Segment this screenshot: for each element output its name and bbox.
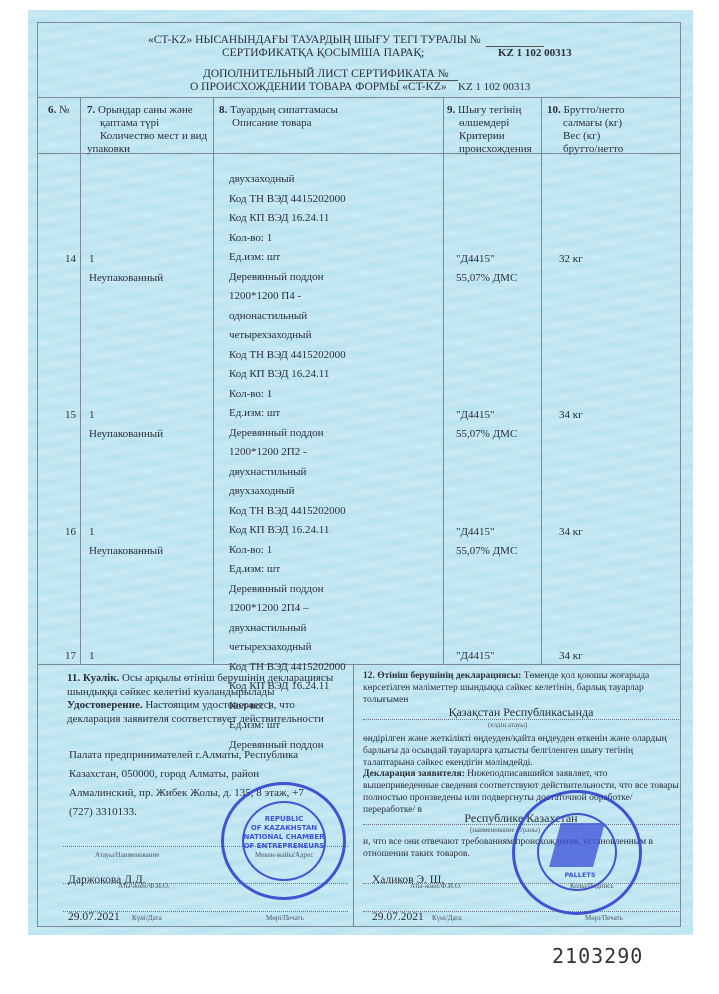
certificate-number-kz: KZ 1 102 00313 <box>498 47 572 60</box>
table-top-border <box>38 97 680 98</box>
row-packaging: Неупакованный <box>89 269 163 288</box>
row-number: 17 <box>44 650 76 662</box>
description-line: двухнастильный <box>229 619 434 639</box>
description-line: Кол-во: 1 <box>229 541 434 561</box>
stamp-text: REPUBLIC OF KAZAKHSTAN NATIONAL CHAMBER … <box>234 815 334 851</box>
description-line: Ед.изм: шт <box>229 248 434 268</box>
column-header-7: 7. Орындар саны және қаптама түрі Количе… <box>87 104 207 156</box>
description-line: Код ТН ВЭД 4415202000 <box>229 346 434 366</box>
column-header-6: 6. № <box>48 104 70 117</box>
column-header-10: 10. Брутто/нетто салмағы (кг) Вес (кг) б… <box>547 104 624 156</box>
description-line: 1200*1200 2П4 – <box>229 599 434 619</box>
row-number: 14 <box>44 253 76 265</box>
description-line: четырехзаходный <box>229 638 434 658</box>
description-line: Код КП ВЭД 16.24.11 <box>229 521 434 541</box>
description-line: Код ТН ВЭД 4415202000 <box>229 502 434 522</box>
header-line-2: СЕРТИФИКАТҚА ҚОСЫМША ПАРАҚ; <box>222 47 424 60</box>
label-date: Күні/Дата <box>432 914 462 922</box>
label-seal: Мөрі/Печать <box>266 914 304 922</box>
row-weight: 34 кг <box>559 409 583 421</box>
row-weight: 32 кг <box>559 253 583 265</box>
label-seal: Мөрі/Печать <box>585 914 623 922</box>
description-line: однонастильный <box>229 307 434 327</box>
label-country-kz: (елдің атауы) <box>488 721 527 729</box>
description-line: 1200*1200 2П2 - <box>229 443 434 463</box>
row-quantity: 1 <box>89 406 95 425</box>
column-divider <box>213 97 214 664</box>
column-header-9: 9. Шығу тегінің өлшемдері Критерии проис… <box>447 104 532 156</box>
description-line: Кол-во: 1 <box>229 385 434 405</box>
section-12-declaration: 12. Өтініш берушінің декларациясы: Төмен… <box>363 670 681 706</box>
row-quantity: 1 <box>89 647 95 666</box>
description-line: Деревянный поддон <box>229 580 434 600</box>
header-line-4: О ПРОИСХОЖДЕНИИ ТОВАРА ФОРМЫ «CT-KZ» <box>190 81 447 94</box>
row-packaging: Неупакованный <box>89 542 163 561</box>
certificate-header: «CT-KZ» НЫСАНЫНДАҒЫ ТАУАРДЫҢ ШЫҒУ ТЕГІ Т… <box>38 28 680 96</box>
row-criterion: "Д4415" <box>456 523 494 542</box>
row-percent: 55,07% ДМС <box>456 542 517 561</box>
row-quantity: 1 <box>89 250 95 269</box>
row-quantity: 1 <box>89 523 95 542</box>
company-seal-stamp: PALLETS <box>512 790 642 915</box>
header-line-1: «CT-KZ» НЫСАНЫНДАҒЫ ТАУАРДЫҢ ШЫҒУ ТЕГІ Т… <box>148 34 481 47</box>
column-divider <box>443 97 444 664</box>
row-number: 15 <box>44 409 76 421</box>
description-line: Код ТН ВЭД 4415202000 <box>229 190 434 210</box>
declaration-text: өндірілген және жеткілікті өңдеуден/қайт… <box>363 734 683 817</box>
dotted-line <box>363 719 679 720</box>
stamp-text: PALLETS <box>545 871 615 879</box>
goods-description: двухзаходныйКод ТН ВЭД 4415202000Код КП … <box>229 170 434 755</box>
description-line: 1200*1200 П4 - <box>229 287 434 307</box>
column-header-8: 8. Тауардың сипаттамасы Описание товара <box>219 104 338 130</box>
country-kz: Қазақстан Республикасында <box>363 705 679 720</box>
label-date: Күні/Дата <box>132 914 162 922</box>
column-divider <box>541 97 542 664</box>
row-weight: 34 кг <box>559 526 583 538</box>
description-line: Код КП ВЭД 16.24.11 <box>229 365 434 385</box>
label-fio: Аты-жөні/Ф.И.О. <box>410 882 462 890</box>
date-12: 29.07.2021 <box>372 911 424 923</box>
row-criterion: "Д4415" <box>456 647 494 666</box>
description-line: Деревянный поддон <box>229 424 434 444</box>
column-divider <box>80 97 81 664</box>
label-fio: Аты-жөні/Ф.И.О. <box>118 882 170 890</box>
row-criterion: "Д4415" <box>456 406 494 425</box>
date-11: 29.07.2021 <box>68 911 120 923</box>
description-line: четырехзаходный <box>229 326 434 346</box>
description-line: Код КП ВЭД 16.24.11 <box>229 209 434 229</box>
row-criterion: "Д4415" <box>456 250 494 269</box>
description-line: двухнастильный <box>229 463 434 483</box>
row-weight: 34 кг <box>559 650 583 662</box>
description-line: Кол-во: 1 <box>229 229 434 249</box>
description-line: двухзаходный <box>229 170 434 190</box>
description-line: Деревянный поддон <box>229 268 434 288</box>
serial-number: 2103290 <box>552 944 643 968</box>
description-line: Ед.изм: шт <box>229 404 434 424</box>
row-number: 16 <box>44 526 76 538</box>
certificate-number-ru: KZ 1 102 00313 <box>458 81 530 94</box>
row-percent: 55,07% ДМС <box>456 269 517 288</box>
row-percent: 55,07% ДМС <box>456 425 517 444</box>
chamber-seal-stamp: REPUBLIC OF KAZAKHSTAN NATIONAL CHAMBER … <box>221 782 346 900</box>
section-11-certification: 11. Куәлік. Осы арқылы өтініш берушінің … <box>67 672 347 726</box>
description-line: Ед.изм: шт <box>229 560 434 580</box>
description-line: двухзаходный <box>229 482 434 502</box>
label-name: Атауы/Наименование <box>95 851 159 859</box>
row-packaging: Неупакованный <box>89 425 163 444</box>
